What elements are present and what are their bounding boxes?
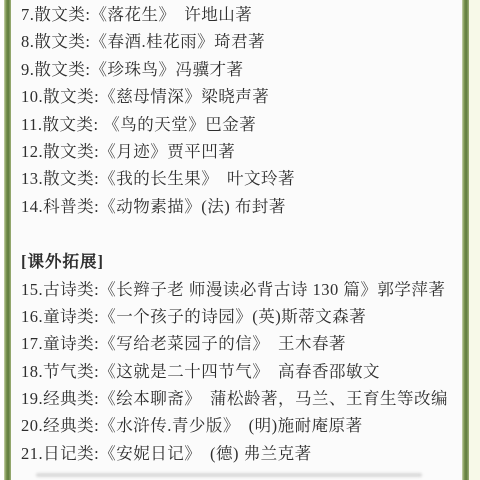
blank-line-spacer bbox=[21, 220, 454, 248]
list-item-7: 7.散文类:《落花生》 许地山著 bbox=[21, 1, 454, 28]
right-border-rule bbox=[462, 0, 469, 480]
list-item-20: 20.经典类:《水浒传.青少版》 (明)施耐庵原著 bbox=[21, 412, 454, 439]
list-item-15: 15.古诗类:《长辫子老 师漫读必背古诗 130 篇》郭学萍著 bbox=[21, 276, 454, 303]
list-item-12: 12.散文类:《月迹》贾平凹著 bbox=[21, 138, 454, 165]
list-item-11: 11.散文类: 《鸟的天堂》巴金著 bbox=[21, 111, 454, 138]
list-item-14: 14.科普类:《动物素描》(法) 布封著 bbox=[21, 193, 454, 220]
section-heading-extracurricular: [课外拓展] bbox=[21, 248, 454, 275]
list-item-17: 17.童诗类:《写给老菜园子的信》 王木春著 bbox=[21, 330, 454, 357]
right-page-margin bbox=[469, 0, 480, 480]
list-item-8: 8.散文类:《春酒.桂花雨》琦君著 bbox=[21, 28, 454, 55]
reading-list-page: 7.散文类:《落花生》 许地山著 8.散文类:《春酒.桂花雨》琦君著 9.散文类… bbox=[0, 0, 480, 480]
book-list-content: 7.散文类:《落花生》 许地山著 8.散文类:《春酒.桂花雨》琦君著 9.散文类… bbox=[11, 0, 462, 480]
list-item-21: 21.日记类:《安妮日记》 (德) 弗兰克著 bbox=[21, 440, 454, 467]
list-item-13: 13.散文类:《我的长生果》 叶文玲著 bbox=[21, 165, 454, 192]
list-item-10: 10.散文类:《慈母情深》梁晓声著 bbox=[21, 83, 454, 110]
cutoff-text-remnant bbox=[36, 473, 422, 477]
left-border-rule bbox=[4, 0, 11, 480]
list-item-9: 9.散文类:《珍珠鸟》冯骥才著 bbox=[21, 56, 454, 83]
list-item-16: 16.童诗类:《一个孩子的诗园》(英)斯蒂文森著 bbox=[21, 303, 454, 330]
list-item-18: 18.节气类:《这就是二十四节气》 高春香邵敏文 bbox=[21, 358, 454, 385]
list-item-19: 19.经典类:《绘本聊斋》 蒲松龄著，马兰、王育生等改编 bbox=[21, 385, 454, 412]
